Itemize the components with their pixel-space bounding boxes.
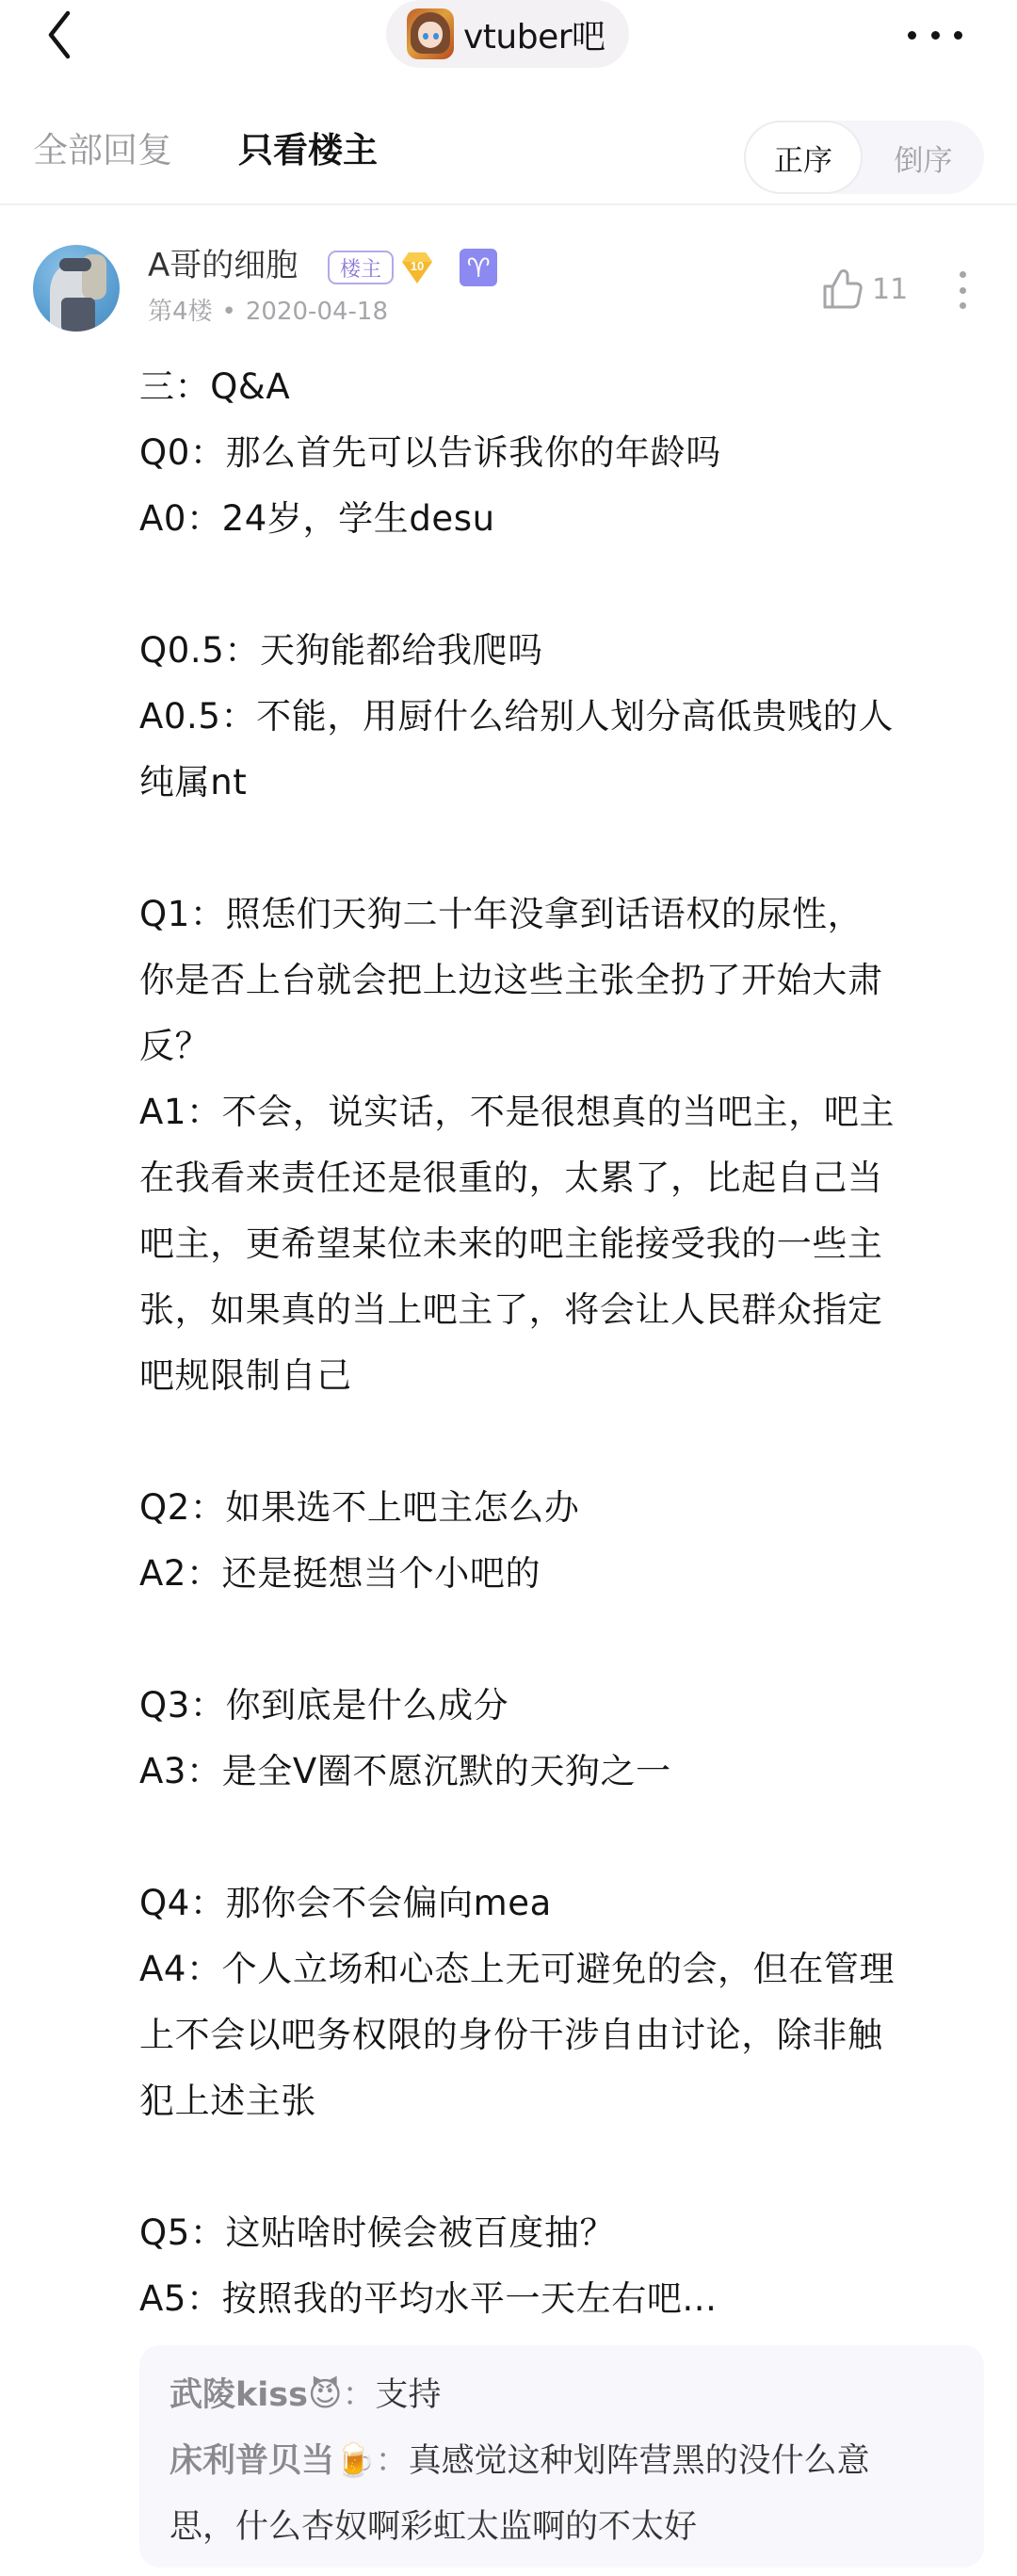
sort-toggle: 正序 倒序 <box>744 121 984 194</box>
post-content: 三：Q&A Q0：那么首先可以告诉我你的年龄吗 A0：24岁，学生desu Q0… <box>139 354 996 2332</box>
post-line: Q3：你到底是什么成分 <box>139 1673 996 1739</box>
post-line: A2：还是挺想当个小吧的 <box>139 1541 996 1607</box>
post-line: 你是否上台就会把上边这些主张全扔了开始大肃 <box>139 948 996 1013</box>
like-button[interactable]: 11 <box>821 266 908 313</box>
thumbs-up-icon <box>821 267 863 311</box>
tab-host-only[interactable]: 只看楼主 <box>238 130 378 171</box>
forum-name: vtuber吧 <box>463 10 605 58</box>
sort-ascending-button[interactable]: 正序 <box>744 121 863 194</box>
post-line: 犯上述主张 <box>139 2068 996 2134</box>
like-count: 11 <box>872 273 908 306</box>
sub-reply-text: 支持 <box>375 2376 441 2414</box>
sub-reply-separator: ： <box>342 2376 375 2414</box>
post-line <box>139 1805 996 1871</box>
more-horizontal-icon <box>908 31 916 40</box>
post-line: Q2：如果选不上吧主怎么办 <box>139 1475 996 1541</box>
post-line <box>139 1607 996 1673</box>
post-line: 纯属nt <box>139 750 996 816</box>
post-line: 反？ <box>139 1013 996 1079</box>
aries-zodiac-icon: ♈ <box>460 249 497 286</box>
post-line: Q1：照恁们天狗二十年没拿到话语权的尿性， <box>139 882 996 948</box>
post-line <box>139 2134 996 2200</box>
post-line: Q5：这贴啥时候会被百度抽？ <box>139 2200 996 2266</box>
sub-reply-username[interactable]: 武陵kiss😈 <box>169 2376 342 2414</box>
post-line: 上不会以吧务权限的身份干涉自由讨论，除非触 <box>139 2002 996 2068</box>
post-line: A0：24岁，学生desu <box>139 486 996 552</box>
author-avatar[interactable] <box>33 245 120 332</box>
level-badge: 10 <box>401 251 433 284</box>
sub-reply: 武陵kiss😈：支持 <box>169 2362 954 2428</box>
post-line: Q0：那么首先可以告诉我你的年龄吗 <box>139 420 996 486</box>
post-line: A4：个人立场和心态上无可避免的会，但在管理 <box>139 1936 996 2002</box>
back-button[interactable] <box>41 8 79 62</box>
more-options-button[interactable] <box>902 19 968 51</box>
top-bar: vtuber吧 <box>0 0 1017 72</box>
tab-all-replies[interactable]: 全部回复 <box>33 130 172 171</box>
post-line: Q4：那你会不会偏向mea <box>139 1871 996 1936</box>
meta-separator: • <box>222 298 236 326</box>
post-line: A3：是全V圈不愿沉默的天狗之一 <box>139 1739 996 1805</box>
post-more-button[interactable] <box>949 267 976 313</box>
post-line: 吧主，更希望某位未来的吧主能接受我的一些主 <box>139 1211 996 1277</box>
more-vertical-icon <box>960 271 966 278</box>
chevron-left-icon <box>41 8 79 62</box>
sub-reply: 床利普贝当🍺：真感觉这种划阵营黑的没什么意 <box>169 2428 954 2494</box>
forum-entry-button[interactable]: vtuber吧 <box>386 0 629 68</box>
sort-descending-button[interactable]: 倒序 <box>863 121 984 194</box>
post-line: 张，如果真的当上吧主了，将会让人民群众指定 <box>139 1277 996 1343</box>
post-line <box>139 816 996 882</box>
post-line: A0.5：不能，用厨什么给别人划分高低贵贱的人 <box>139 684 996 750</box>
post-line: 在我看来责任还是很重的，太累了，比起自己当 <box>139 1145 996 1211</box>
sub-reply-username[interactable]: 床利普贝当🍺 <box>169 2442 376 2480</box>
post-line: A1：不会，说实话，不是很想真的当吧主，吧主 <box>139 1079 996 1145</box>
post-line <box>139 1409 996 1475</box>
author-name[interactable]: A哥的细胞 <box>148 247 298 284</box>
floor-number: 第4楼 <box>148 298 213 326</box>
sub-reply-text: 思，什么杏奴啊彩虹太监啊的不太好 <box>169 2508 697 2546</box>
post-line: 吧规限制自己 <box>139 1343 996 1409</box>
sub-replies-box[interactable]: 武陵kiss😈：支持 床利普贝当🍺：真感觉这种划阵营黑的没什么意 思，什么杏奴啊… <box>139 2345 984 2568</box>
post-line: Q0.5：天狗能都给我爬吗 <box>139 618 996 684</box>
sub-reply-continuation: 思，什么杏奴啊彩虹太监啊的不太好 <box>169 2494 954 2560</box>
reply-filter-bar: 全部回复 只看楼主 正序 倒序 <box>0 113 1017 205</box>
sub-reply-separator: ： <box>376 2442 409 2480</box>
post-meta: 第4楼•2020-04-18 <box>148 296 388 328</box>
post-line <box>139 552 996 618</box>
level-gem-icon: 10 <box>401 251 433 284</box>
host-badge: 楼主 <box>328 251 394 284</box>
svg-text:10: 10 <box>411 259 424 273</box>
forum-avatar <box>407 8 454 59</box>
post-line: A5：按照我的平均水平一天左右吧... <box>139 2266 996 2332</box>
sub-reply-text: 真感觉这种划阵营黑的没什么意 <box>409 2442 870 2480</box>
post-line: 三：Q&A <box>139 354 996 420</box>
post-date: 2020-04-18 <box>246 298 388 326</box>
